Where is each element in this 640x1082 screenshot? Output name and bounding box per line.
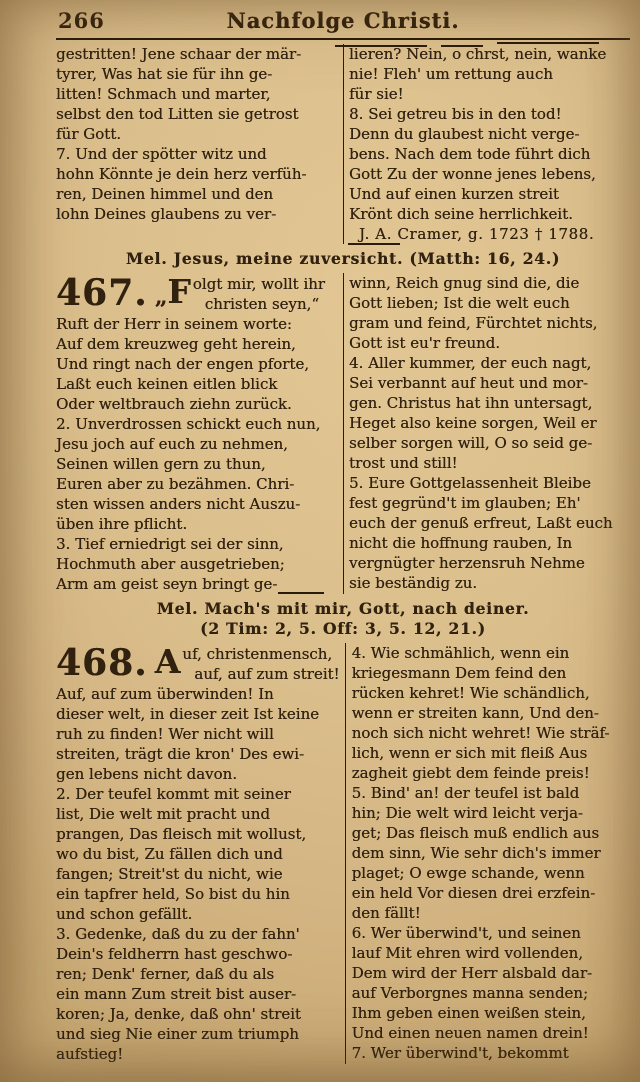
text-line: Ihm geben einen weißen stein, (352, 1003, 630, 1023)
text-line: ein held Vor diesen drei erzfein- (352, 883, 630, 903)
text-line: Und auf einen kurzen streit (349, 184, 630, 204)
author-attribution: J. A. Cramer, g. 1723 † 1788. (349, 224, 630, 244)
text-line: plaget; O ewge schande, wenn (352, 863, 630, 883)
text-line: 7. Wer überwind't, bekommt (352, 1043, 630, 1063)
text-line: gram und feind, Fürchtet nichts, (349, 313, 630, 333)
header-rule (56, 38, 630, 40)
hymn-466-continuation: gestritten! Jene schaar der mär-tyrer, W… (56, 44, 630, 244)
text-line: Und einen neuen namen drein! (352, 1023, 630, 1043)
text-line: litten! Schmach und marter, (56, 84, 337, 104)
hymn-number: 467. (56, 273, 148, 313)
page-header: 266 Nachfolge Christi. (56, 8, 630, 36)
right-column-466: lieren? Nein, o chrst, nein, wankenie! F… (349, 44, 630, 244)
melody-heading-468: Mel. Mach's mit mir, Gott, nach deiner. … (56, 599, 630, 639)
text-line: nie! Fleh' um rettung auch (349, 64, 630, 84)
dash-segment (497, 42, 599, 44)
text-line: 4. Wie schmählich, wenn ein (352, 643, 630, 663)
text-line: 3. Gedenke, daß du zu der fahn' (56, 924, 340, 944)
page-title: Nachfolge Christi. (56, 8, 630, 33)
scanned-hymnal-page: { "page": { "number": "266", "title": "N… (0, 0, 640, 1082)
text-line: 4. Aller kummer, der euch nagt, (349, 353, 630, 373)
text-line: ren, Deinen himmel und den (56, 184, 337, 204)
text-line: fest gegründ't im glauben; Eh' (349, 493, 630, 513)
column-divider (345, 643, 346, 1064)
text-line: lohn Deines glaubens zu ver- (56, 204, 337, 224)
text-line: 2. Unverdrossen schickt euch nun, (56, 414, 337, 434)
text-line: hin; Die welt wird leicht verja- (352, 803, 630, 823)
melody-text: Mel. Jesus, meine zuversicht. (Matth: 16… (126, 249, 560, 268)
text-line: Denn du glaubest nicht verge- (349, 124, 630, 144)
text-line: 8. Sei getreu bis in den tod! (349, 104, 630, 124)
text-line: ruh zu finden! Wer nicht will (56, 724, 340, 744)
left-column-467: 467. „ F olgt mir, wollt ihrchristen sey… (56, 273, 337, 594)
text-line: zagheit giebt dem feinde preis! (352, 763, 630, 783)
dash-segment (335, 45, 427, 47)
divider-dash (348, 243, 400, 245)
text-line: ren; Denk' ferner, daß du als (56, 964, 340, 984)
text-line: Euren aber zu bezähmen. Chri- (56, 474, 337, 494)
drop-cap: A (155, 643, 181, 681)
verse-lines: Ruft der Herr in seinem worte:Auf dem kr… (56, 314, 337, 594)
text-line: Ruft der Herr in seinem worte: (56, 314, 337, 334)
text-line: vergnügter herzensruh Nehme (349, 553, 630, 573)
text-line: für Gott. (56, 124, 337, 144)
text-line: tyrer, Was hat sie für ihn ge- (56, 64, 337, 84)
column-divider (343, 273, 344, 594)
text-line: Hochmuth aber ausgetrieben; (56, 554, 337, 574)
right-column-468: 4. Wie schmählich, wenn einkriegesmann D… (352, 643, 630, 1064)
text-line: uf, christenmensch, (182, 644, 339, 664)
text-line: winn, Reich gnug sind die, die (349, 273, 630, 293)
dash-segment (441, 45, 483, 47)
text-line: koren; Ja, denke, daß ohn' streit (56, 1004, 340, 1024)
hymn-467-opening: 467. „ F olgt mir, wollt ihrchristen sey… (56, 273, 337, 314)
right-column-467: winn, Reich gnug sind die, dieGott liebe… (349, 273, 630, 594)
hymn-467: 467. „ F olgt mir, wollt ihrchristen sey… (56, 273, 630, 594)
text-line: euch der genuß erfreut, Laßt euch (349, 513, 630, 533)
melody-heading-467: Mel. Jesus, meine zuversicht. (Matth: 16… (56, 249, 630, 269)
text-line: nicht die hoffnung rauben, In (349, 533, 630, 553)
text-line: ein tapfrer held, So bist du hin (56, 884, 340, 904)
melody-text-line2: (2 Tim: 2, 5. Off: 3, 5. 12, 21.) (56, 619, 630, 639)
text-line: auf, auf zum streit! (182, 664, 339, 684)
verse-lines: Auf, auf zum überwinden! Indieser welt, … (56, 684, 340, 1064)
text-line: 6. Wer überwind't, und seinen (352, 923, 630, 943)
text-line: Auf dem kreuzweg geht herein, (56, 334, 337, 354)
text-line: noch sich nicht wehret! Wie sträf- (352, 723, 630, 743)
verse-lines: lieren? Nein, o chrst, nein, wankenie! F… (349, 44, 630, 224)
text-line: wenn er streiten kann, Und den- (352, 703, 630, 723)
text-line: trost und still! (349, 453, 630, 473)
text-line: Dein's feldherrn hast geschwo- (56, 944, 340, 964)
text-line: streiten, trägt die kron' Des ewi- (56, 744, 340, 764)
text-line: dieser welt, in dieser zeit Ist keine (56, 704, 340, 724)
text-line: fangen; Streit'st du nicht, wie (56, 864, 340, 884)
text-line: gen. Christus hat ihn untersagt, (349, 393, 630, 413)
left-column-468: 468. A uf, christenmensch,auf, auf zum s… (56, 643, 340, 1064)
column-divider (343, 44, 344, 244)
text-line: 5. Eure Gottgelassenheit Bleibe (349, 473, 630, 493)
text-line: auf Verborgnes manna senden; (352, 983, 630, 1003)
text-line: 2. Der teufel kommt mit seiner (56, 784, 340, 804)
text-line: sten wissen anders nicht Auszu- (56, 494, 337, 514)
text-line: Oder weltbrauch ziehn zurück. (56, 394, 337, 414)
left-column-466: gestritten! Jene schaar der mär-tyrer, W… (56, 44, 337, 244)
melody-text-line1: Mel. Mach's mit mir, Gott, nach deiner. (56, 599, 630, 619)
text-line: lieren? Nein, o chrst, nein, wanke (349, 44, 630, 64)
hymn-468-opening: 468. A uf, christenmensch,auf, auf zum s… (56, 643, 340, 684)
text-line: lauf Mit ehren wird vollenden, (352, 943, 630, 963)
text-line: prangen, Das fleisch mit wollust, (56, 824, 340, 844)
opening-quote: „ (155, 287, 168, 307)
drop-cap: F (167, 273, 190, 311)
text-line: gestritten! Jene schaar der mär- (56, 44, 337, 64)
text-line: und sieg Nie einer zum triumph (56, 1024, 340, 1044)
opening-lines: uf, christenmensch,auf, auf zum streit! (182, 643, 339, 684)
text-line: rücken kehret! Wie schändlich, (352, 683, 630, 703)
text-line: üben ihre pflicht. (56, 514, 337, 534)
text-line: und schon gefällt. (56, 904, 340, 924)
text-line: get; Das fleisch muß endlich aus (352, 823, 630, 843)
text-line: Seinen willen gern zu thun, (56, 454, 337, 474)
text-line: bens. Nach dem tode führt dich (349, 144, 630, 164)
text-line: Sei verbannt auf heut und mor- (349, 373, 630, 393)
opening-lines: olgt mir, wollt ihrchristen seyn,“ (193, 273, 325, 314)
text-line: Jesu joch auf euch zu nehmen, (56, 434, 337, 454)
text-line: list, Die welt mit pracht und (56, 804, 340, 824)
text-line: den fällt! (352, 903, 630, 923)
text-line: lich, wenn er sich mit fleiß Aus (352, 743, 630, 763)
text-line: Laßt euch keinen eitlen blick (56, 374, 337, 394)
divider-dash (278, 592, 324, 594)
text-line: Heget also keine sorgen, Weil er (349, 413, 630, 433)
text-line: dem sinn, Wie sehr dich's immer (352, 843, 630, 863)
text-line: selber sorgen will, O so seid ge- (349, 433, 630, 453)
text-line: Krönt dich seine herrlichkeit. (349, 204, 630, 224)
text-line: Auf, auf zum überwinden! In (56, 684, 340, 704)
text-line: gen lebens nicht davon. (56, 764, 340, 784)
text-line: Dem wird der Herr alsbald dar- (352, 963, 630, 983)
text-line: hohn Könnte je dein herz verfüh- (56, 164, 337, 184)
text-line: olgt mir, wollt ihr (193, 274, 325, 294)
text-line: wo du bist, Zu fällen dich und (56, 844, 340, 864)
text-line: kriegesmann Dem feind den (352, 663, 630, 683)
hymn-468: 468. A uf, christenmensch,auf, auf zum s… (56, 643, 630, 1064)
page-number: 266 (58, 8, 105, 33)
text-line: 7. Und der spötter witz und (56, 144, 337, 164)
text-line: Und ringt nach der engen pforte, (56, 354, 337, 374)
text-line: aufstieg! (56, 1044, 340, 1064)
text-line: 5. Bind' an! der teufel ist bald (352, 783, 630, 803)
text-line: 3. Tief erniedrigt sei der sinn, (56, 534, 337, 554)
text-line: Gott ist eu'r freund. (349, 333, 630, 353)
hymn-number: 468. (56, 643, 148, 683)
text-line: für sie! (349, 84, 630, 104)
text-line: selbst den tod Litten sie getrost (56, 104, 337, 124)
book-page: 266 Nachfolge Christi. gestritten! Jene … (0, 0, 640, 1082)
text-line: christen seyn,“ (193, 294, 325, 314)
text-line: Gott lieben; Ist die welt euch (349, 293, 630, 313)
text-line: Gott Zu der wonne jenes lebens, (349, 164, 630, 184)
overline-dash-marks (335, 45, 599, 47)
text-line: Arm am geist seyn bringt ge- (56, 574, 337, 594)
text-line: sie beständig zu. (349, 573, 630, 593)
text-line: ein mann Zum streit bist auser- (56, 984, 340, 1004)
